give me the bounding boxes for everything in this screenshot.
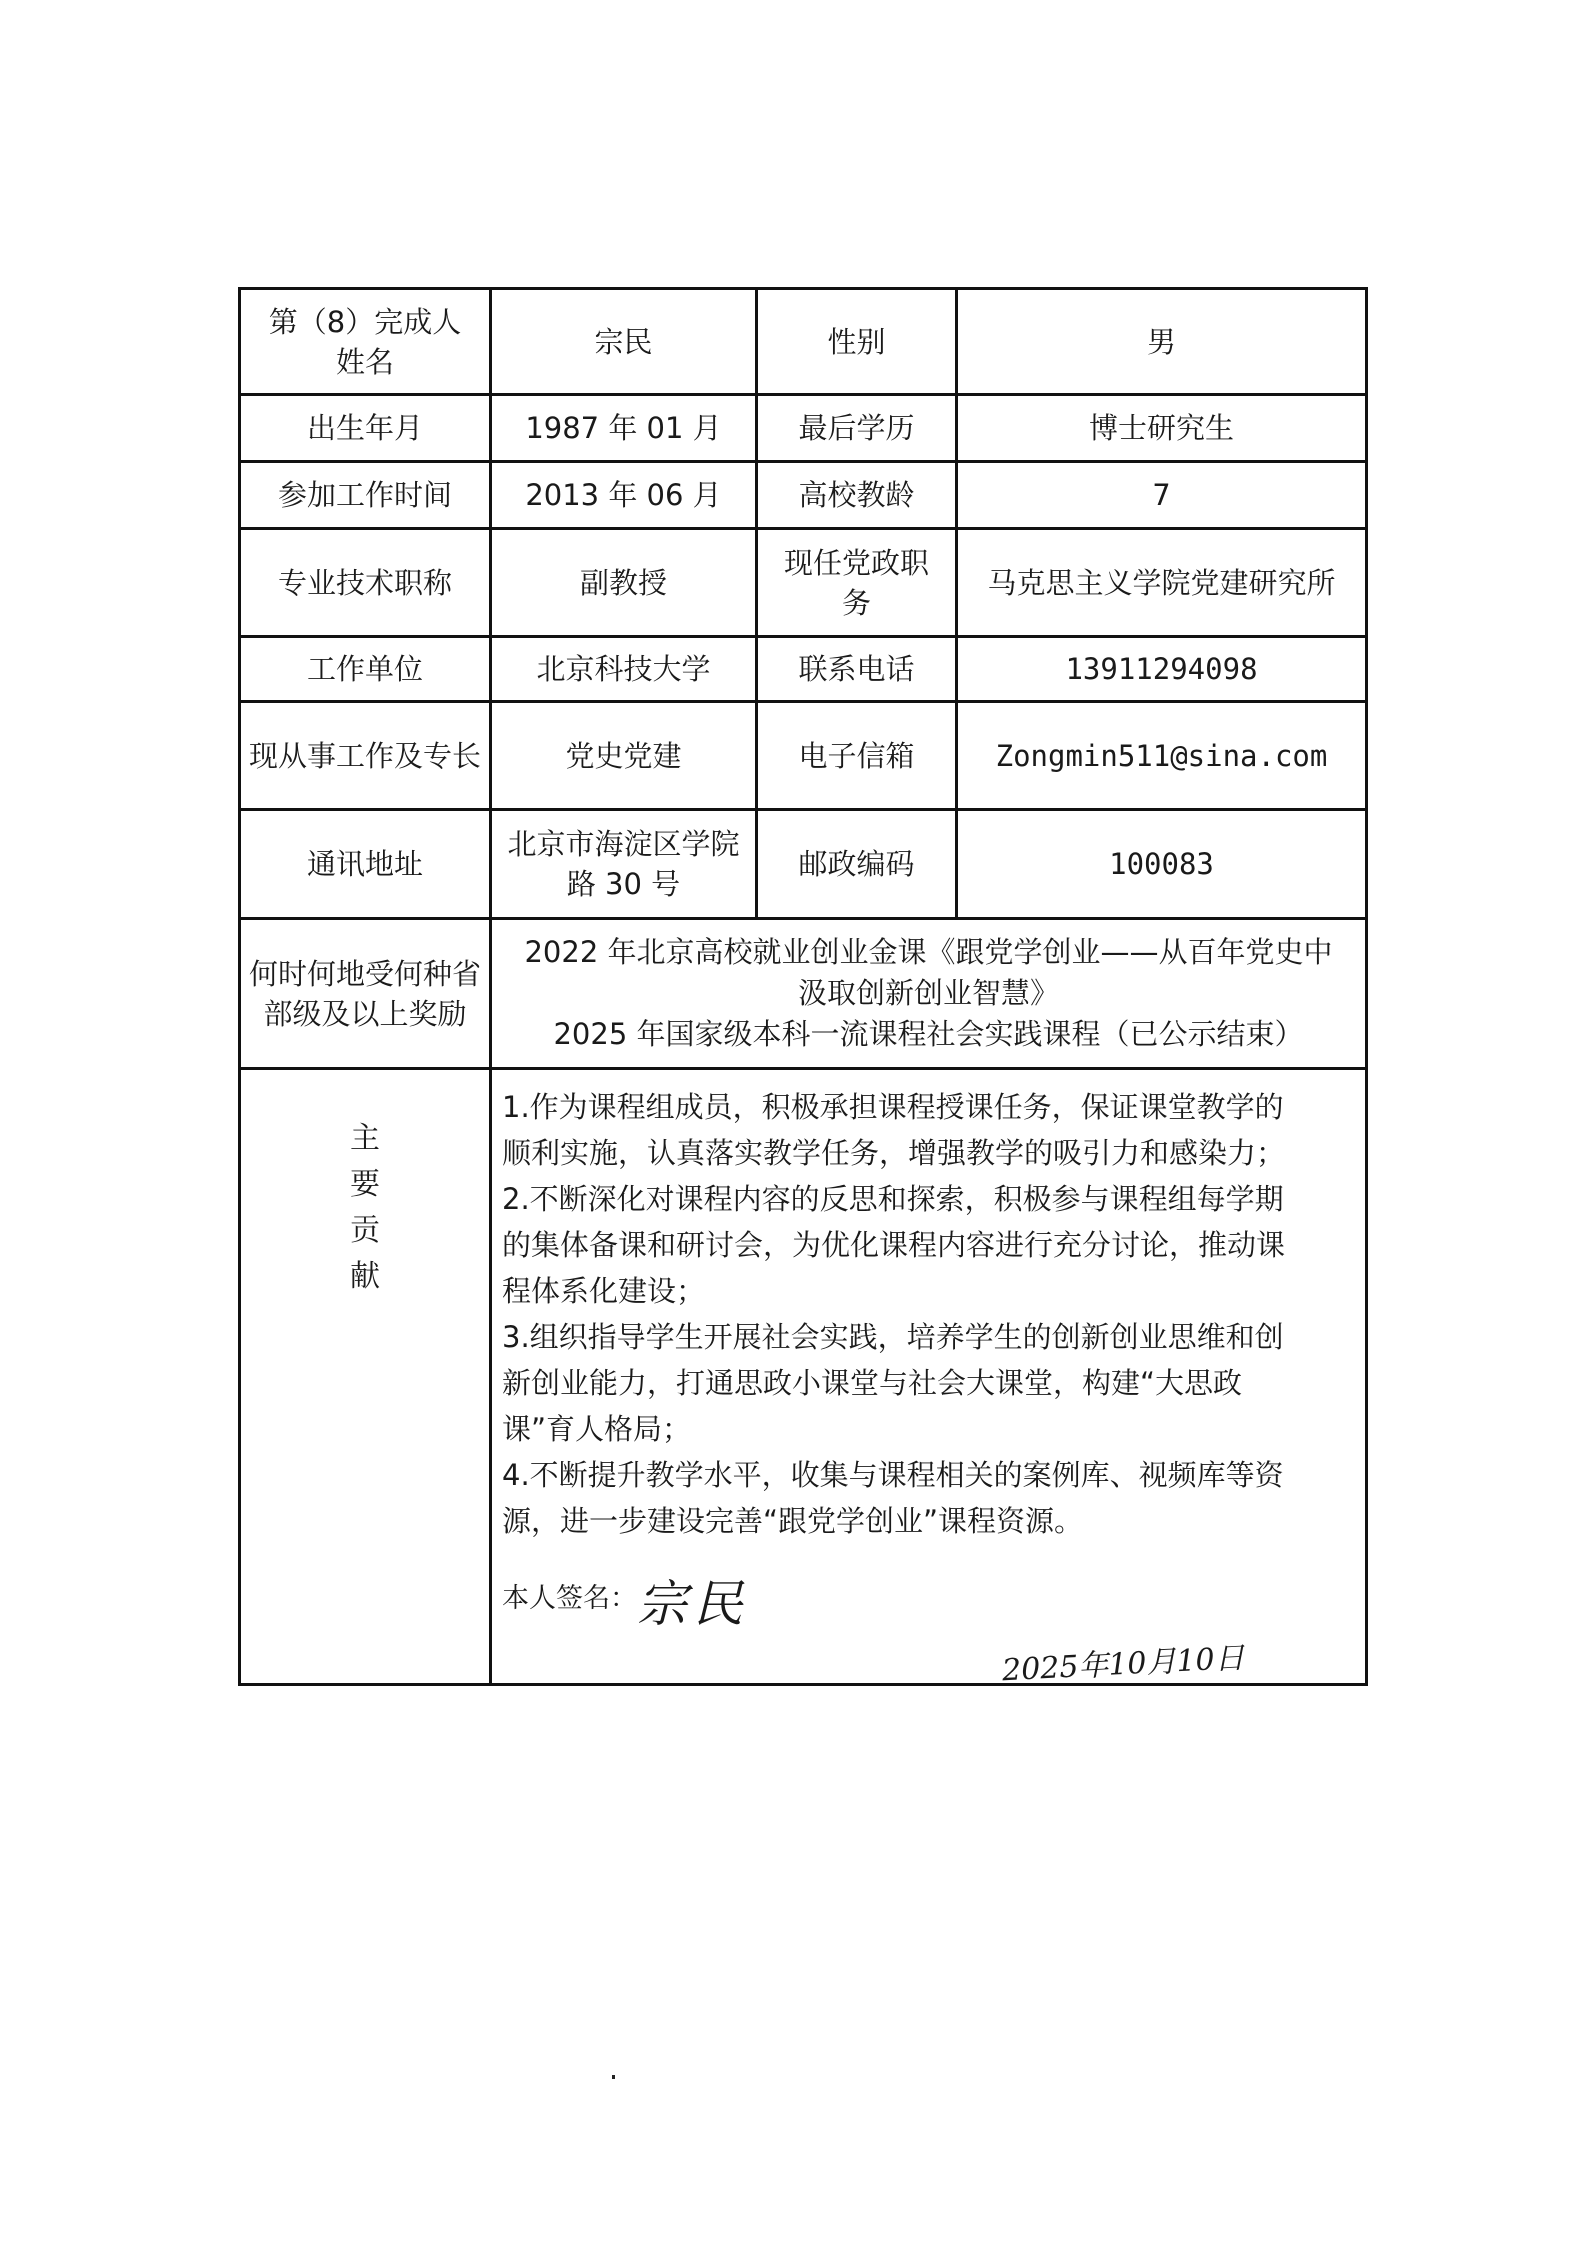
contributions-label: 主 要 贡 献 [240,1069,491,1685]
awards-line: 2022 年北京高校就业创业金课《跟党学创业——从百年党史中 [500,932,1357,973]
document-page: 第（8）完成人姓名 宗民 性别 男 出生年月 1987 年 01 月 最后学历 … [0,0,1587,2245]
contribution-line: 源，进一步建设完善“跟党学创业”课程资源。 [502,1498,1355,1544]
signature-label: 本人签名： [502,1583,637,1614]
phone-label: 联系电话 [757,637,957,702]
contributions-label-char: 贡 [350,1208,380,1254]
table-row: 出生年月 1987 年 01 月 最后学历 博士研究生 [240,395,1367,462]
email-label: 电子信箱 [757,702,957,810]
contribution-line: 2.不断深化对课程内容的反思和探索，积极参与课程组每学期 [502,1176,1355,1222]
gender-label: 性别 [757,289,957,395]
address-value: 北京市海淀区学院路 30 号 [491,810,757,919]
teaching-years-label: 高校教龄 [757,462,957,529]
contribution-line: 1.作为课程组成员，积极承担课程授课任务，保证课堂教学的 [502,1084,1355,1130]
contributions-label-char: 主 [350,1116,380,1162]
awards-content: 2022 年北京高校就业创业金课《跟党学创业——从百年党史中 汲取创新创业智慧》… [491,919,1367,1069]
title-label: 专业技术职称 [240,529,491,637]
table-row: 主 要 贡 献 1.作为课程组成员，积极承担课程授课任务，保证课堂教学的 顺利实… [240,1069,1367,1685]
table-row: 现从事工作及专长 党史党建 电子信箱 Zongmin511@sina.com [240,702,1367,810]
contribution-line: 顺利实施，认真落实教学任务，增强教学的吸引力和感染力； [502,1130,1355,1176]
contribution-line: 4.不断提升教学水平，收集与课程相关的案例库、视频库等资 [502,1452,1355,1498]
specialty-value: 党史党建 [491,702,757,810]
employer-value: 北京科技大学 [491,637,757,702]
contribution-line: 课”育人格局； [502,1406,1355,1452]
contribution-line: 新创业能力，打通思政小课堂与社会大课堂，构建“大思政 [502,1360,1355,1406]
table-row: 参加工作时间 2013 年 06 月 高校教龄 7 [240,462,1367,529]
completer-info-table: 第（8）完成人姓名 宗民 性别 男 出生年月 1987 年 01 月 最后学历 … [238,287,1368,1686]
birth-value: 1987 年 01 月 [491,395,757,462]
awards-line: 2025 年国家级本科一流课程社会实践课程（已公示结束） [500,1014,1357,1055]
table-row: 何时何地受何种省部级及以上奖励 2022 年北京高校就业创业金课《跟党学创业——… [240,919,1367,1069]
table-row: 通讯地址 北京市海淀区学院路 30 号 邮政编码 100083 [240,810,1367,919]
table-row: 专业技术职称 副教授 现任党政职务 马克思主义学院党建研究所 [240,529,1367,637]
postcode-label: 邮政编码 [757,810,957,919]
teaching-years-value: 7 [957,462,1367,529]
email-value: Zongmin511@sina.com [957,702,1367,810]
contributions-content: 1.作为课程组成员，积极承担课程授课任务，保证课堂教学的 顺利实施，认真落实教学… [491,1069,1367,1685]
specialty-label: 现从事工作及专长 [240,702,491,810]
contribution-line: 的集体备课和研讨会，为优化课程内容进行充分讨论，推动课 [502,1222,1355,1268]
table-row: 工作单位 北京科技大学 联系电话 13911294098 [240,637,1367,702]
contribution-line: 3.组织指导学生开展社会实践，培养学生的创新创业思维和创 [502,1314,1355,1360]
phone-value: 13911294098 [957,637,1367,702]
name-value: 宗民 [491,289,757,395]
education-label: 最后学历 [757,395,957,462]
position-value: 马克思主义学院党建研究所 [957,529,1367,637]
name-label: 第（8）完成人姓名 [240,289,491,395]
employer-label: 工作单位 [240,637,491,702]
gender-value: 男 [957,289,1367,395]
education-value: 博士研究生 [957,395,1367,462]
contributions-label-char: 要 [350,1162,380,1208]
position-label: 现任党政职务 [757,529,957,637]
postcode-value: 100083 [957,810,1367,919]
address-label: 通讯地址 [240,810,491,919]
signature-date: 2025年10月10日 [1001,1639,1245,1692]
work-start-value: 2013 年 06 月 [491,462,757,529]
awards-line: 汲取创新创业智慧》 [500,973,1357,1014]
contributions-label-char: 献 [350,1254,380,1300]
signature-block: 本人签名：宗民 [502,1570,749,1619]
table-row: 第（8）完成人姓名 宗民 性别 男 [240,289,1367,395]
contribution-line: 程体系化建设； [502,1268,1355,1314]
title-value: 副教授 [491,529,757,637]
awards-label: 何时何地受何种省部级及以上奖励 [240,919,491,1069]
work-start-label: 参加工作时间 [240,462,491,529]
page-mark-dot [612,2075,615,2079]
birth-label: 出生年月 [240,395,491,462]
handwritten-signature: 宗民 [637,1575,749,1633]
